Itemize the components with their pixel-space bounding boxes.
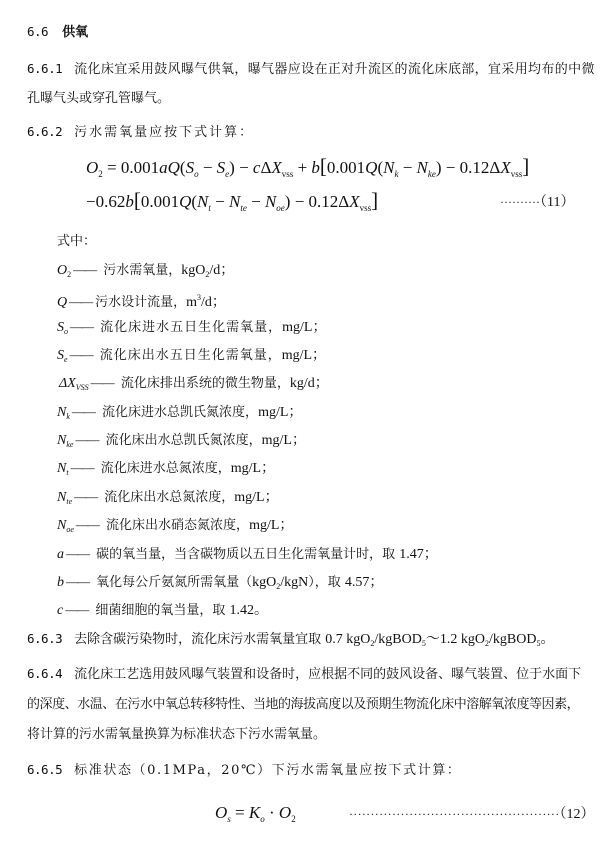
clause-number: 6.6.3 (27, 631, 62, 646)
formula-11-line1: O2 = 0.001aQ(So − Se) − cΔXvss + b[0.001… (86, 156, 529, 184)
section-title: 供氧 (62, 25, 88, 40)
symbol: So (57, 320, 68, 335)
clause-number: 6.6.1 (27, 61, 62, 76)
symbol: Se (57, 348, 68, 363)
definition-b: b—— 氧化每公斤氨氮所需氧量（kgO2/kgN），取 4.57； (57, 574, 383, 595)
definition-q: Q——污水设计流量，m3/d； (57, 290, 226, 311)
definition-a: a—— 碳的氧当量，当含碳物质以五日生化需氧量计时，取 1.47； (57, 546, 438, 563)
definition-nte: Nte—— 流化床出水总氮浓度，mg/L； (57, 489, 279, 510)
symbol: ΔXVSS (59, 376, 89, 391)
clause-6-6-2: 6.6.2污水需氧量应按下式计算： (27, 124, 254, 141)
symbol: Nk (57, 405, 70, 420)
formula-11-number: ··········（11） (500, 194, 574, 211)
symbol: b (57, 575, 64, 590)
clause-6-6-4-line1: 6.6.4流化床工艺选用鼓风曝气装置和设备时，应根据不同的鼓风设备、曝气装置、位… (27, 666, 581, 683)
symbol: Nt (57, 461, 69, 476)
section-heading: 6.6供氧 (27, 24, 88, 41)
clause-6-6-3: 6.6.3去除含碳污染物时，流化床污水需氧量宜取 0.7 kgO2/kgBOD5… (27, 631, 554, 652)
definition-se: Se—— 流化床出水五日生化需氧量，mg/L； (57, 347, 326, 368)
clause-6-6-4-line3: 将计算的污水需氧量换算为标准状态下污水需氧量。 (27, 727, 326, 743)
definition-nt: Nt—— 流化床进水总氮浓度，mg/L； (57, 460, 275, 481)
clause-number: 6.6.2 (27, 124, 62, 139)
clause-number: 6.6.5 (27, 762, 62, 777)
definition-c: c—— 细菌细胞的氧当量，取 1.42。 (57, 602, 268, 619)
clause-text: 污水需氧量应按下式计算： (74, 125, 254, 140)
symbol: c (57, 603, 63, 618)
symbol: O2 (57, 263, 71, 278)
formula-12: Os = Ko · O2 (215, 803, 296, 829)
clause-6-6-4-line2: 的深度、水温、在污水中氧总转移特性、当地的海拔高度以及预期生物流化床中溶解氧浓度… (27, 697, 579, 713)
definition-so: So—— 流化床进水五日生化需氧量，mg/L； (57, 319, 327, 340)
formula-11-line2: −0.62b[0.001Q(Nt − Nte − Noe) − 0.12ΔXvs… (86, 190, 378, 218)
definition-o2: O2—— 污水需氧量，kgO2/d； (57, 262, 234, 283)
symbol: Nte (57, 490, 72, 505)
clause-6-6-1-line1: 6.6.1流化床宜采用鼓风曝气供氧，曝气器应设在正对升流区的流化床底部，宜采用均… (27, 61, 595, 78)
symbol: a (57, 547, 64, 562)
section-number: 6.6 (27, 24, 48, 39)
clause-number: 6.6.4 (27, 666, 62, 681)
equation-number: （12） (560, 807, 595, 822)
symbol: Q (57, 295, 67, 310)
clause-6-6-1-line2: 孔曝气头或穿孔管曝气。 (27, 91, 170, 107)
clause-text: 流化床宜采用鼓风曝气供氧，曝气器应设在正对升流区的流化床底部，宜采用均布的中微 (74, 62, 595, 77)
definition-nk: Nk—— 流化床进水总凯氏氮浓度，mg/L； (57, 404, 302, 425)
formula-12-number: ········································… (349, 806, 595, 823)
equation-number: （11） (540, 195, 574, 210)
definition-noe: Noe—— 流化床出水硝态氮浓度，mg/L； (57, 517, 293, 538)
where-label: 式中： (57, 234, 96, 250)
symbol: Nke (57, 433, 73, 448)
clause-text-cont: 孔曝气头或穿孔管曝气。 (27, 91, 170, 106)
definition-nke: Nke—— 流化床出水总凯氏氮浓度，mg/L； (57, 432, 306, 453)
leader-dots: ········································… (349, 807, 560, 821)
symbol: Noe (57, 518, 74, 533)
clause-6-6-5: 6.6.5标准状态（0.1MPa，20℃）下污水需氧量应按下式计算： (27, 762, 462, 779)
definition-delta-xvss: ΔXVSS—— 流化床排出系统的微生物量，kg/d； (59, 375, 329, 396)
leader-dots: ·········· (500, 195, 540, 209)
